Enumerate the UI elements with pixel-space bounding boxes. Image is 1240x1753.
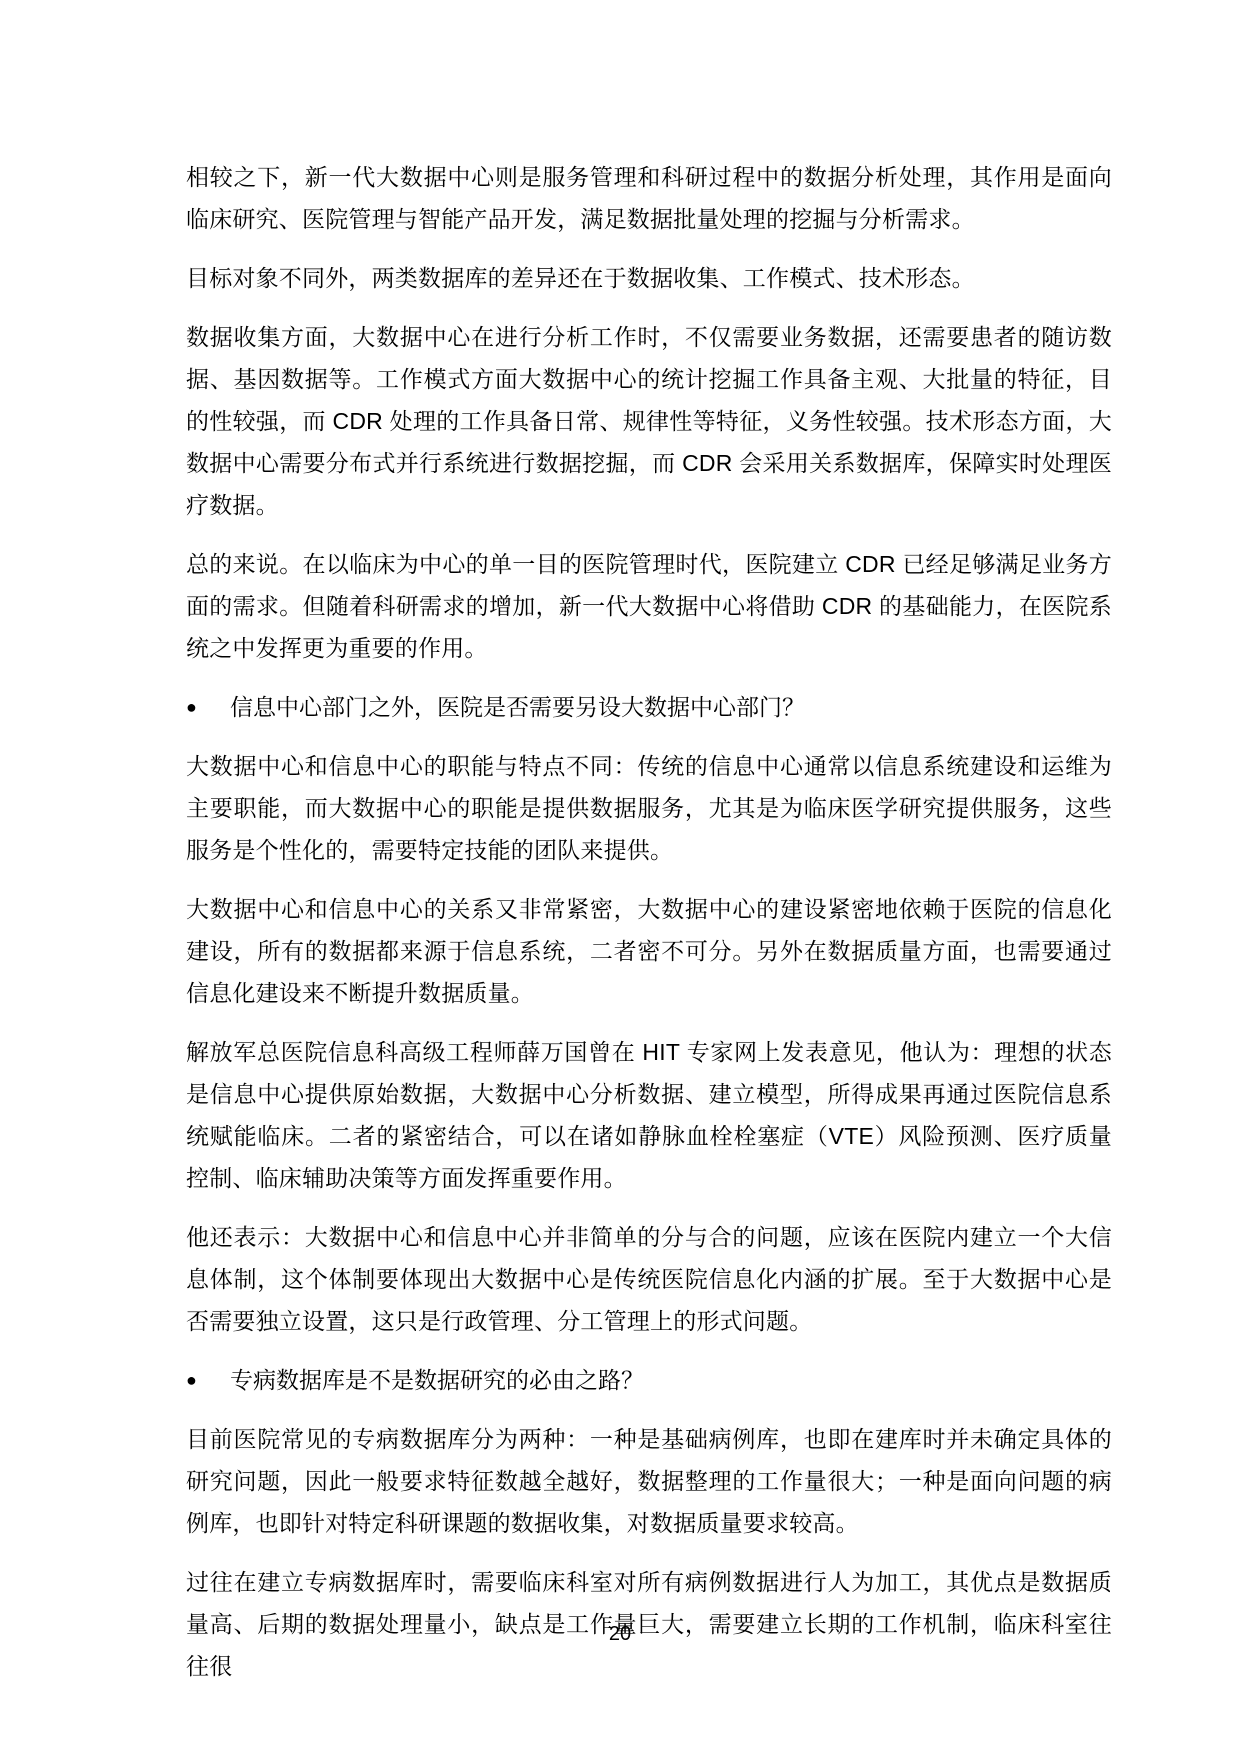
bullet-item: ●专病数据库是不是数据研究的必由之路？ bbox=[186, 1359, 1112, 1401]
bullet-question-text: 信息中心部门之外，医院是否需要另设大数据中心部门？ bbox=[230, 686, 1112, 728]
paragraph: 他还表示：大数据中心和信息中心并非简单的分与合的问题，应该在医院内建立一个大信息… bbox=[186, 1216, 1112, 1342]
paragraph: 目标对象不同外，两类数据库的差异还在于数据收集、工作模式、技术形态。 bbox=[186, 257, 1112, 299]
bullet-item: ●信息中心部门之外，医院是否需要另设大数据中心部门？ bbox=[186, 686, 1112, 728]
paragraph: 总的来说。在以临床为中心的单一目的医院管理时代，医院建立 CDR 已经足够满足业… bbox=[186, 543, 1112, 669]
bullet-icon: ● bbox=[186, 1359, 230, 1401]
page-footer: 20 bbox=[0, 1622, 1240, 1646]
paragraph: 大数据中心和信息中心的关系又非常紧密，大数据中心的建设紧密地依赖于医院的信息化建… bbox=[186, 888, 1112, 1014]
paragraph: 数据收集方面，大数据中心在进行分析工作时，不仅需要业务数据，还需要患者的随访数据… bbox=[186, 316, 1112, 526]
paragraph: 目前医院常见的专病数据库分为两种：一种是基础病例库，也即在建库时并未确定具体的研… bbox=[186, 1418, 1112, 1544]
page-content: 相较之下，新一代大数据中心则是服务管理和科研过程中的数据分析处理，其作用是面向临… bbox=[186, 156, 1112, 1704]
paragraph: 解放军总医院信息科高级工程师薛万国曾在 HIT 专家网上发表意见，他认为：理想的… bbox=[186, 1031, 1112, 1199]
bullet-question-text: 专病数据库是不是数据研究的必由之路？ bbox=[230, 1359, 1112, 1401]
page-number: 20 bbox=[609, 1623, 631, 1645]
paragraph: 大数据中心和信息中心的职能与特点不同：传统的信息中心通常以信息系统建设和运维为主… bbox=[186, 745, 1112, 871]
bullet-icon: ● bbox=[186, 686, 230, 728]
paragraph: 相较之下，新一代大数据中心则是服务管理和科研过程中的数据分析处理，其作用是面向临… bbox=[186, 156, 1112, 240]
